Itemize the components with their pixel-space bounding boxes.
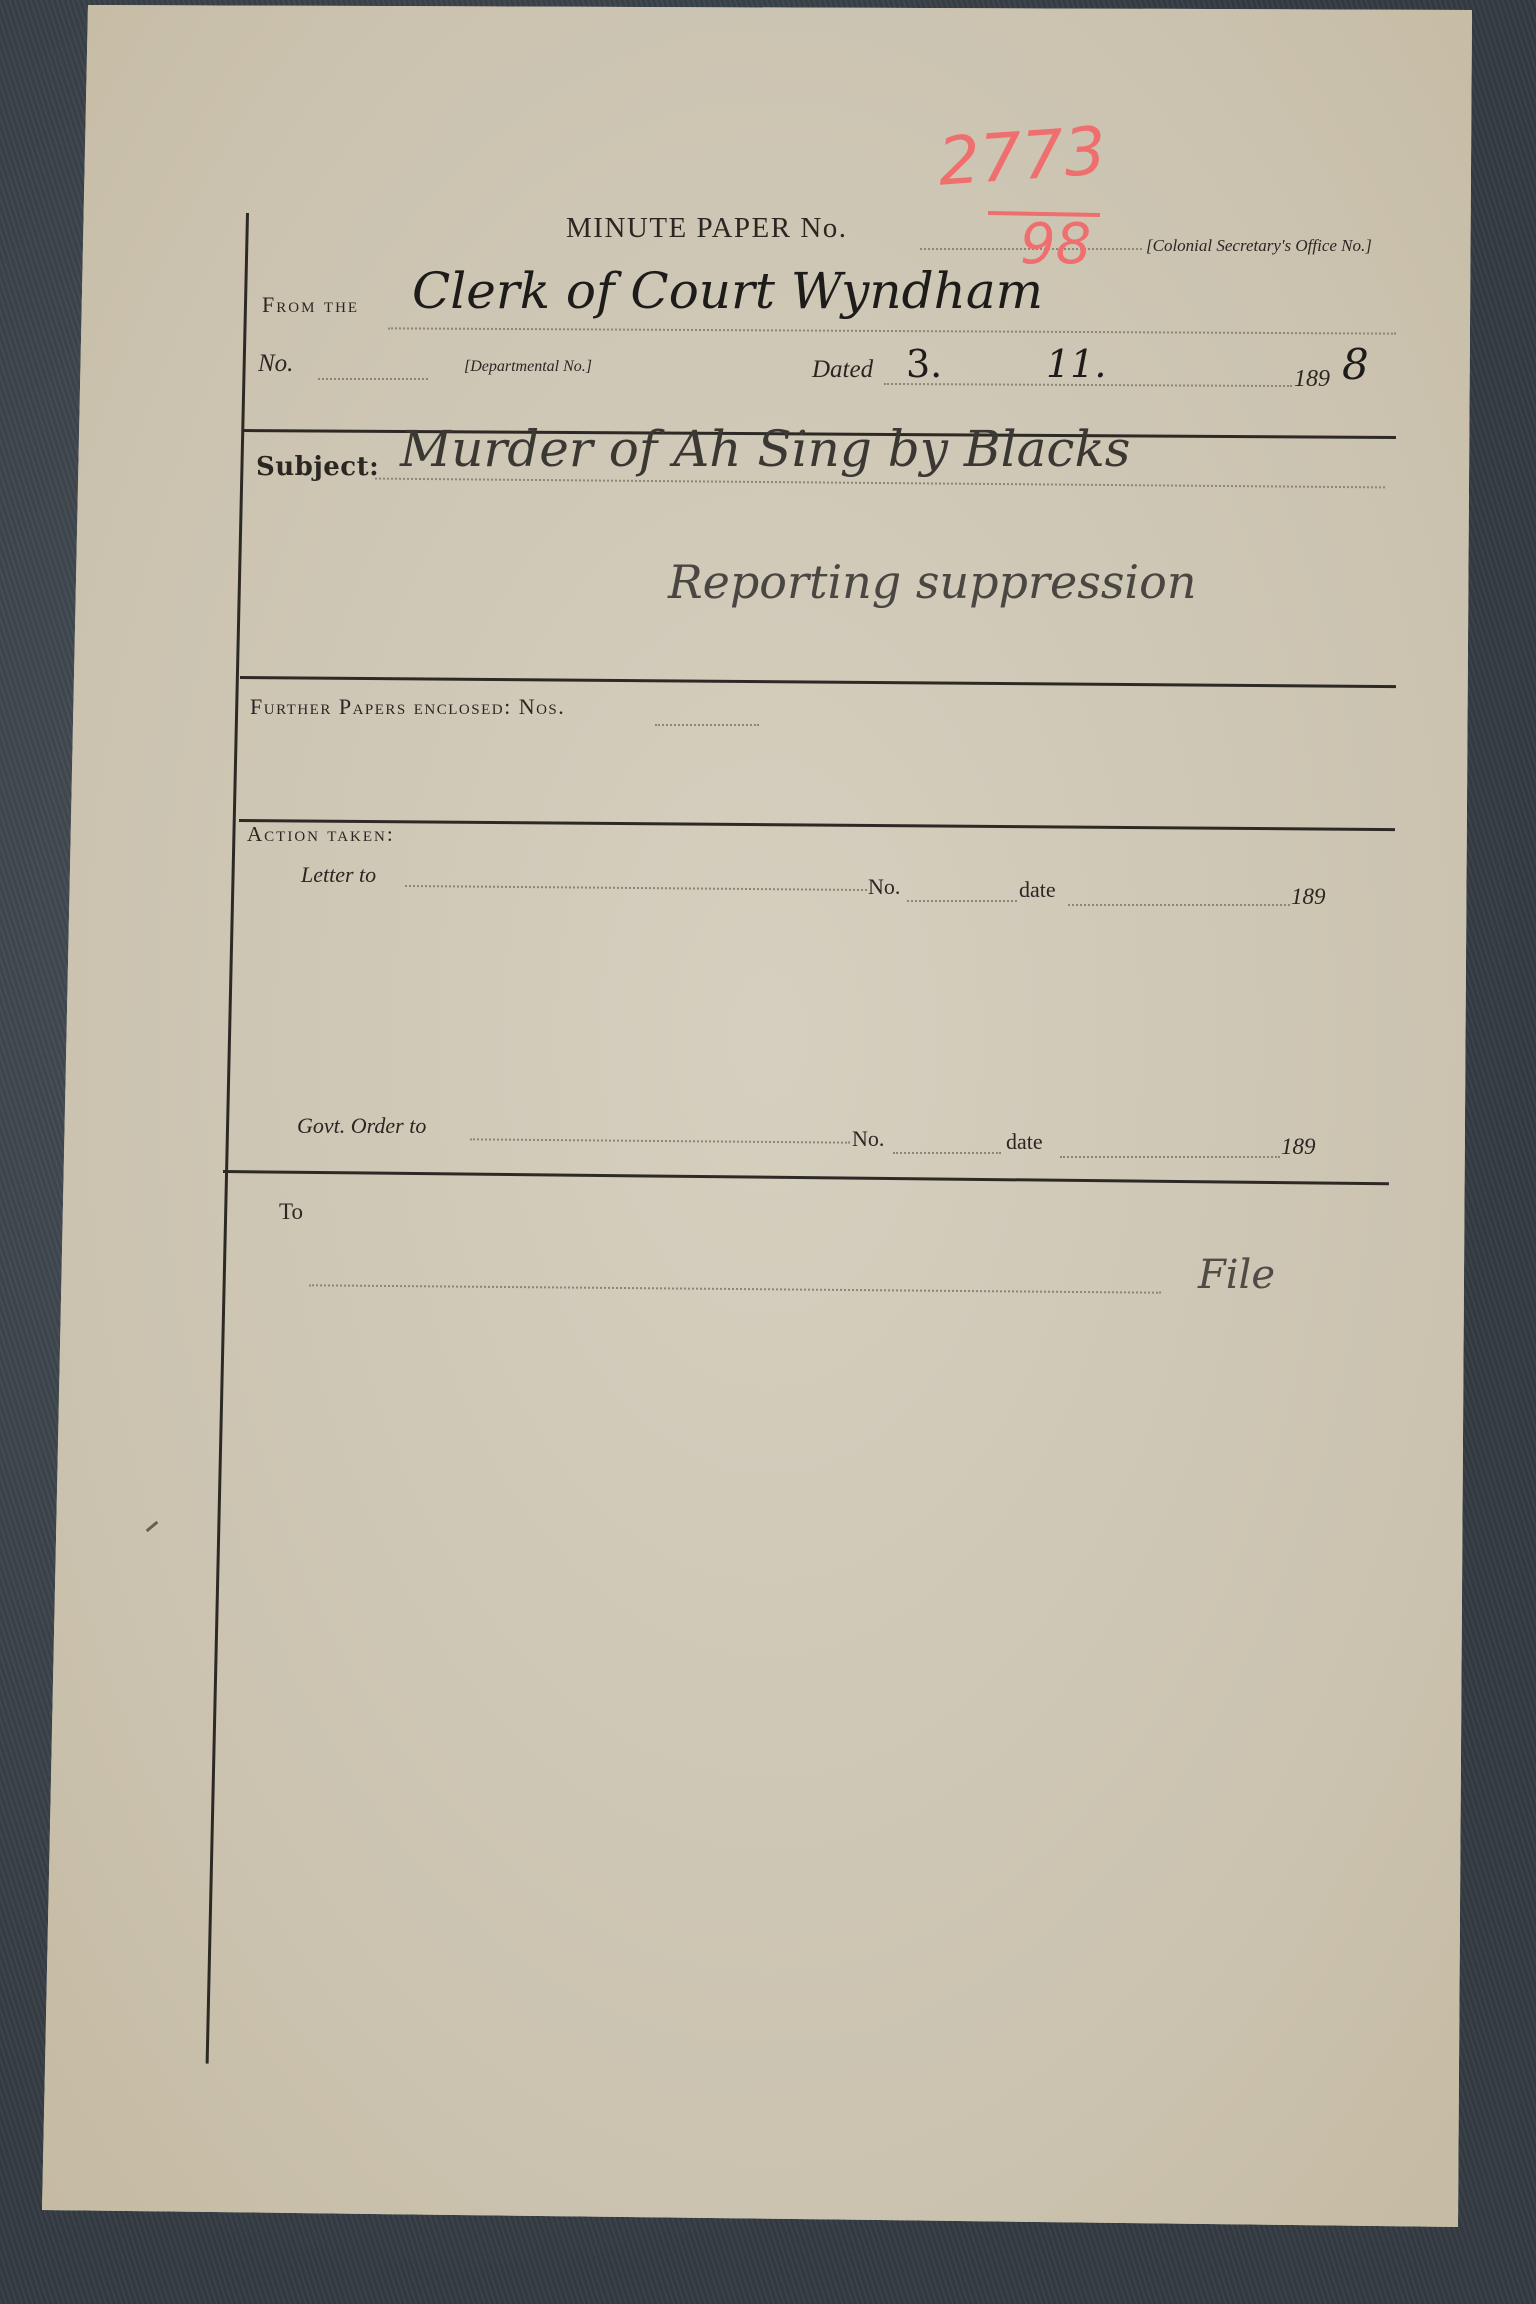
govt-date-dotted-line bbox=[1060, 1156, 1280, 1158]
subject-label: Subject: bbox=[256, 452, 379, 482]
govt-no-label: No. bbox=[852, 1126, 884, 1152]
further-papers-dotted-line bbox=[655, 724, 759, 726]
subject-line-1-handwritten: Murder of Ah Sing by Blacks bbox=[400, 420, 1130, 478]
dated-label: Dated bbox=[812, 356, 873, 384]
departmental-no-label: No. bbox=[258, 350, 293, 378]
form-title: MINUTE PAPER No. bbox=[566, 212, 848, 245]
from-value-handwritten: Clerk of Court Wyndham bbox=[412, 262, 1043, 320]
minute-number-numerator: 2773 bbox=[936, 112, 1109, 201]
departmental-no-note: [Departmental No.] bbox=[464, 358, 592, 376]
dated-year-prefix: 189 bbox=[1294, 366, 1330, 393]
colonial-secretary-office-note: [Colonial Secretary's Office No.] bbox=[1146, 236, 1372, 256]
dated-day: 3. bbox=[906, 342, 942, 386]
departmental-no-dotted-line bbox=[318, 378, 428, 380]
to-label: To bbox=[279, 1199, 303, 1225]
govt-no-dotted-line bbox=[893, 1152, 1001, 1154]
letter-to-label: Letter to bbox=[301, 862, 376, 888]
from-label: From the bbox=[262, 292, 359, 318]
letter-date-dotted-line bbox=[1068, 904, 1290, 906]
dated-year-suffix: 8 bbox=[1342, 340, 1369, 389]
letter-no-dotted-line bbox=[907, 900, 1017, 902]
to-annotation-handwritten: File bbox=[1198, 1252, 1275, 1298]
letter-year: 189 bbox=[1291, 884, 1326, 910]
govt-order-to-label: Govt. Order to bbox=[297, 1113, 426, 1139]
govt-date-label: date bbox=[1006, 1129, 1043, 1155]
subject-line-2-handwritten: Reporting suppression bbox=[668, 555, 1196, 609]
letter-date-label: date bbox=[1019, 877, 1056, 903]
govt-year: 189 bbox=[1281, 1134, 1316, 1160]
action-taken-label: Action taken: bbox=[247, 822, 395, 847]
letter-no-label: No. bbox=[868, 874, 900, 900]
further-papers-label: Further Papers enclosed: Nos. bbox=[250, 694, 565, 720]
dated-month: 11. bbox=[1046, 342, 1106, 386]
